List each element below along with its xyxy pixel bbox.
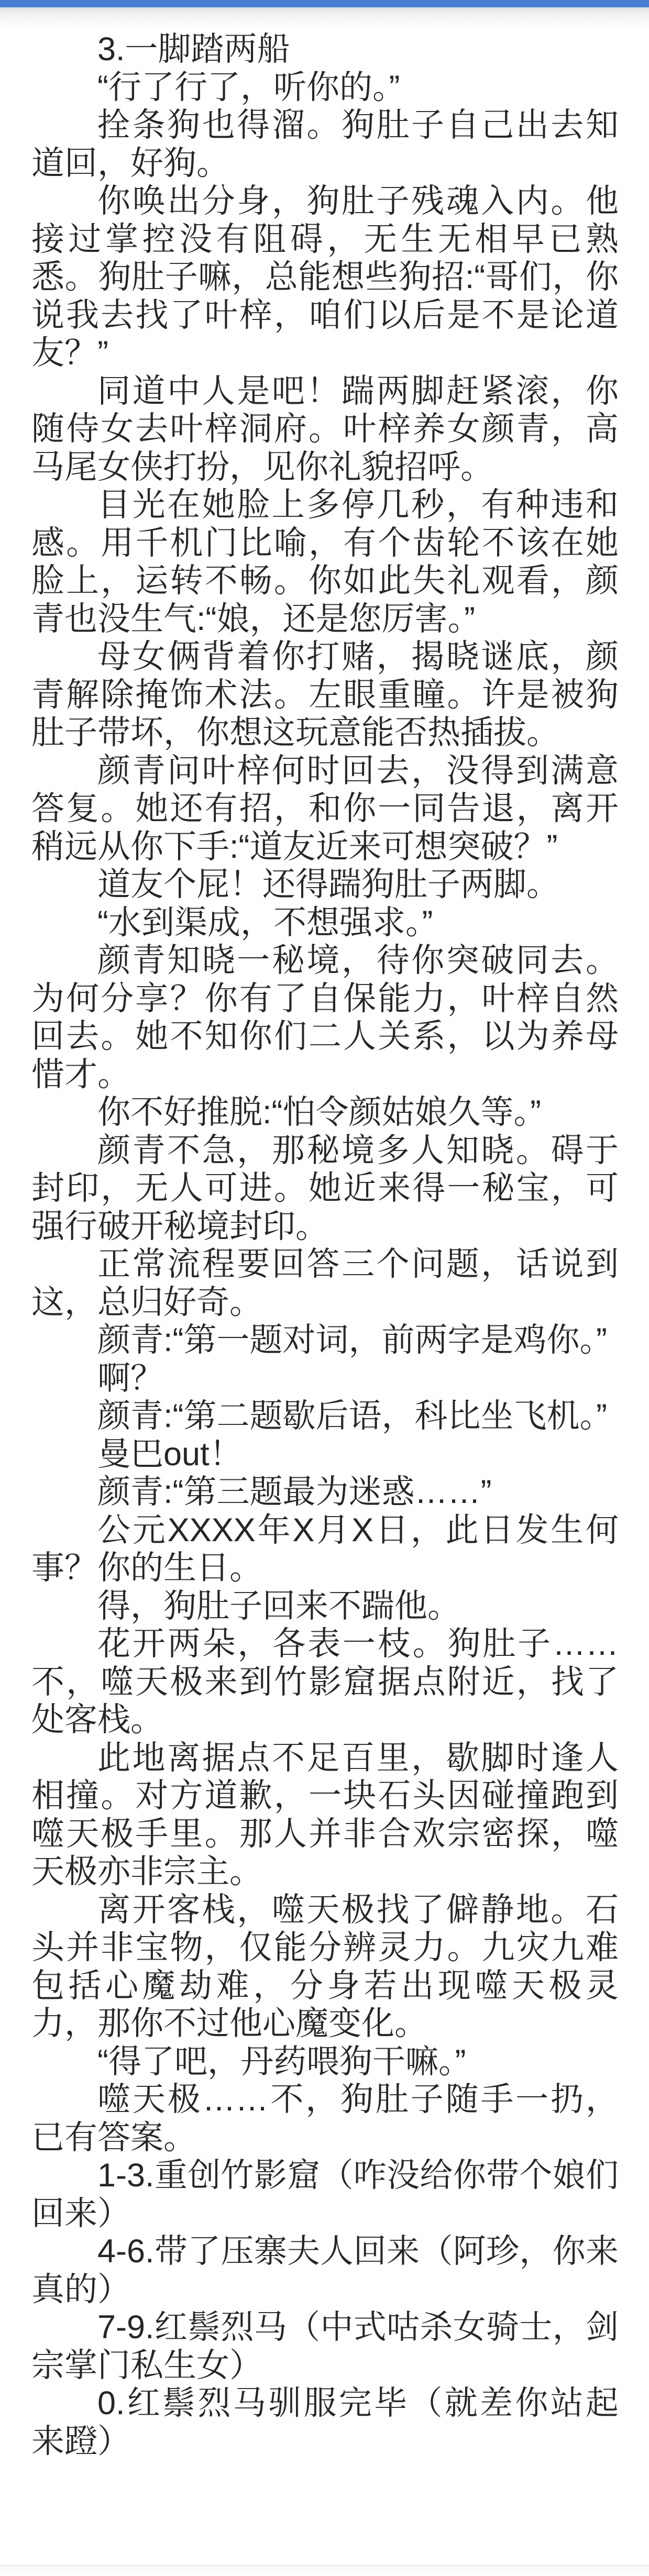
paragraph: “水到渠成，不想强求。” bbox=[31, 904, 619, 942]
paragraph: 1-3.重创竹影窟（咋没给你带个娘们回来） bbox=[31, 2157, 619, 2232]
paragraph: 公元XXXX年X月X日，此日发生何事？你的生日。 bbox=[31, 1511, 619, 1587]
chapter-text: 3.一脚踏两船“行了行了，听你的。”拴条狗也得溜。狗肚子自己出去知道回，好狗。你… bbox=[31, 30, 619, 2460]
paragraph: 母女俩背着你打赌，揭晓谜底，颜青解除掩饰术法。左眼重瞳。许是被狗肚子带坏，你想这… bbox=[31, 638, 619, 752]
paragraph: 0.红鬃烈马驯服完毕（就差你站起来蹬） bbox=[31, 2384, 619, 2460]
paragraph: 你不好推脱:“怕令颜姑娘久等。” bbox=[31, 1093, 619, 1132]
paragraph: 颜青不急，那秘境多人知晓。碍于封印，无人可进。她近来得一秘宝，可强行破开秘境封印… bbox=[31, 1132, 619, 1246]
reader-page: { "page": { "top_bar_color": "#4a7ed3", … bbox=[0, 0, 649, 2576]
paragraph: 颜青知晓一秘境，待你突破同去。为何分享？你有了自保能力，叶梓自然回去。她不知你们… bbox=[31, 942, 619, 1093]
paragraph: 拴条狗也得溜。狗肚子自己出去知道回，好狗。 bbox=[31, 106, 619, 182]
paragraph: 花开两朵，各表一枝。狗肚子……不，噬天极来到竹影窟据点附近，找了处客栈。 bbox=[31, 1625, 619, 1739]
paragraph: 颜青:“第二题歇后语，科比坐飞机。” bbox=[31, 1397, 619, 1435]
paragraph: 颜青问叶梓何时回去，没得到满意答复。她还有招，和你一同告退，离开稍远从你下手:“… bbox=[31, 752, 619, 866]
appbar-shadow bbox=[0, 7, 649, 27]
paragraph: 4-6.带了压寨夫人回来（阿珍，你来真的） bbox=[31, 2232, 619, 2308]
paragraph: 曼巴out！ bbox=[31, 1435, 619, 1474]
paragraph: 噬天极……不，狗肚子随手一扔，已有答案。 bbox=[31, 2081, 619, 2157]
paragraph: 道友个屁！还得踹狗肚子两脚。 bbox=[31, 866, 619, 904]
paragraph: 得，狗肚子回来不踹他。 bbox=[31, 1587, 619, 1626]
reader-content[interactable]: 3.一脚踏两船“行了行了，听你的。”拴条狗也得溜。狗肚子自己出去知道回，好狗。你… bbox=[0, 27, 649, 2565]
footer-area bbox=[0, 2566, 649, 2575]
paragraph: 离开客栈，噬天极找了僻静地。石头并非宝物，仅能分辨灵力。九灾九难包括心魔劫难，分… bbox=[31, 1891, 619, 2043]
paragraph: “得了吧，丹药喂狗干嘛。” bbox=[31, 2043, 619, 2081]
status-bar bbox=[0, 0, 649, 7]
paragraph: 此地离据点不足百里，歇脚时逢人相撞。对方道歉，一块石头因碰撞跑到噬天极手里。那人… bbox=[31, 1739, 619, 1891]
paragraph: 目光在她脸上多停几秒，有种违和感。用千机门比喻，有个齿轮不该在她脸上，运转不畅。… bbox=[31, 486, 619, 638]
paragraph: 正常流程要回答三个问题，话说到这，总归好奇。 bbox=[31, 1245, 619, 1321]
paragraph: 7-9.红鬃烈马（中式咕杀女骑士，剑宗掌门私生女） bbox=[31, 2308, 619, 2384]
paragraph: 颜青:“第一题对词，前两字是鸡你。” bbox=[31, 1321, 619, 1359]
paragraph: 3.一脚踏两船 bbox=[31, 30, 619, 69]
paragraph: 你唤出分身，狗肚子残魂入内。他接过掌控没有阻碍，无生无相早已熟悉。狗肚子嘛，总能… bbox=[31, 182, 619, 372]
paragraph: 啊？ bbox=[31, 1359, 619, 1398]
paragraph: “行了行了，听你的。” bbox=[31, 69, 619, 107]
paragraph: 同道中人是吧！踹两脚赶紧滚，你随侍女去叶梓洞府。叶梓养女颜青，高马尾女侠打扮，见… bbox=[31, 372, 619, 487]
paragraph: 颜青:“第三题最为迷惑……” bbox=[31, 1473, 619, 1511]
